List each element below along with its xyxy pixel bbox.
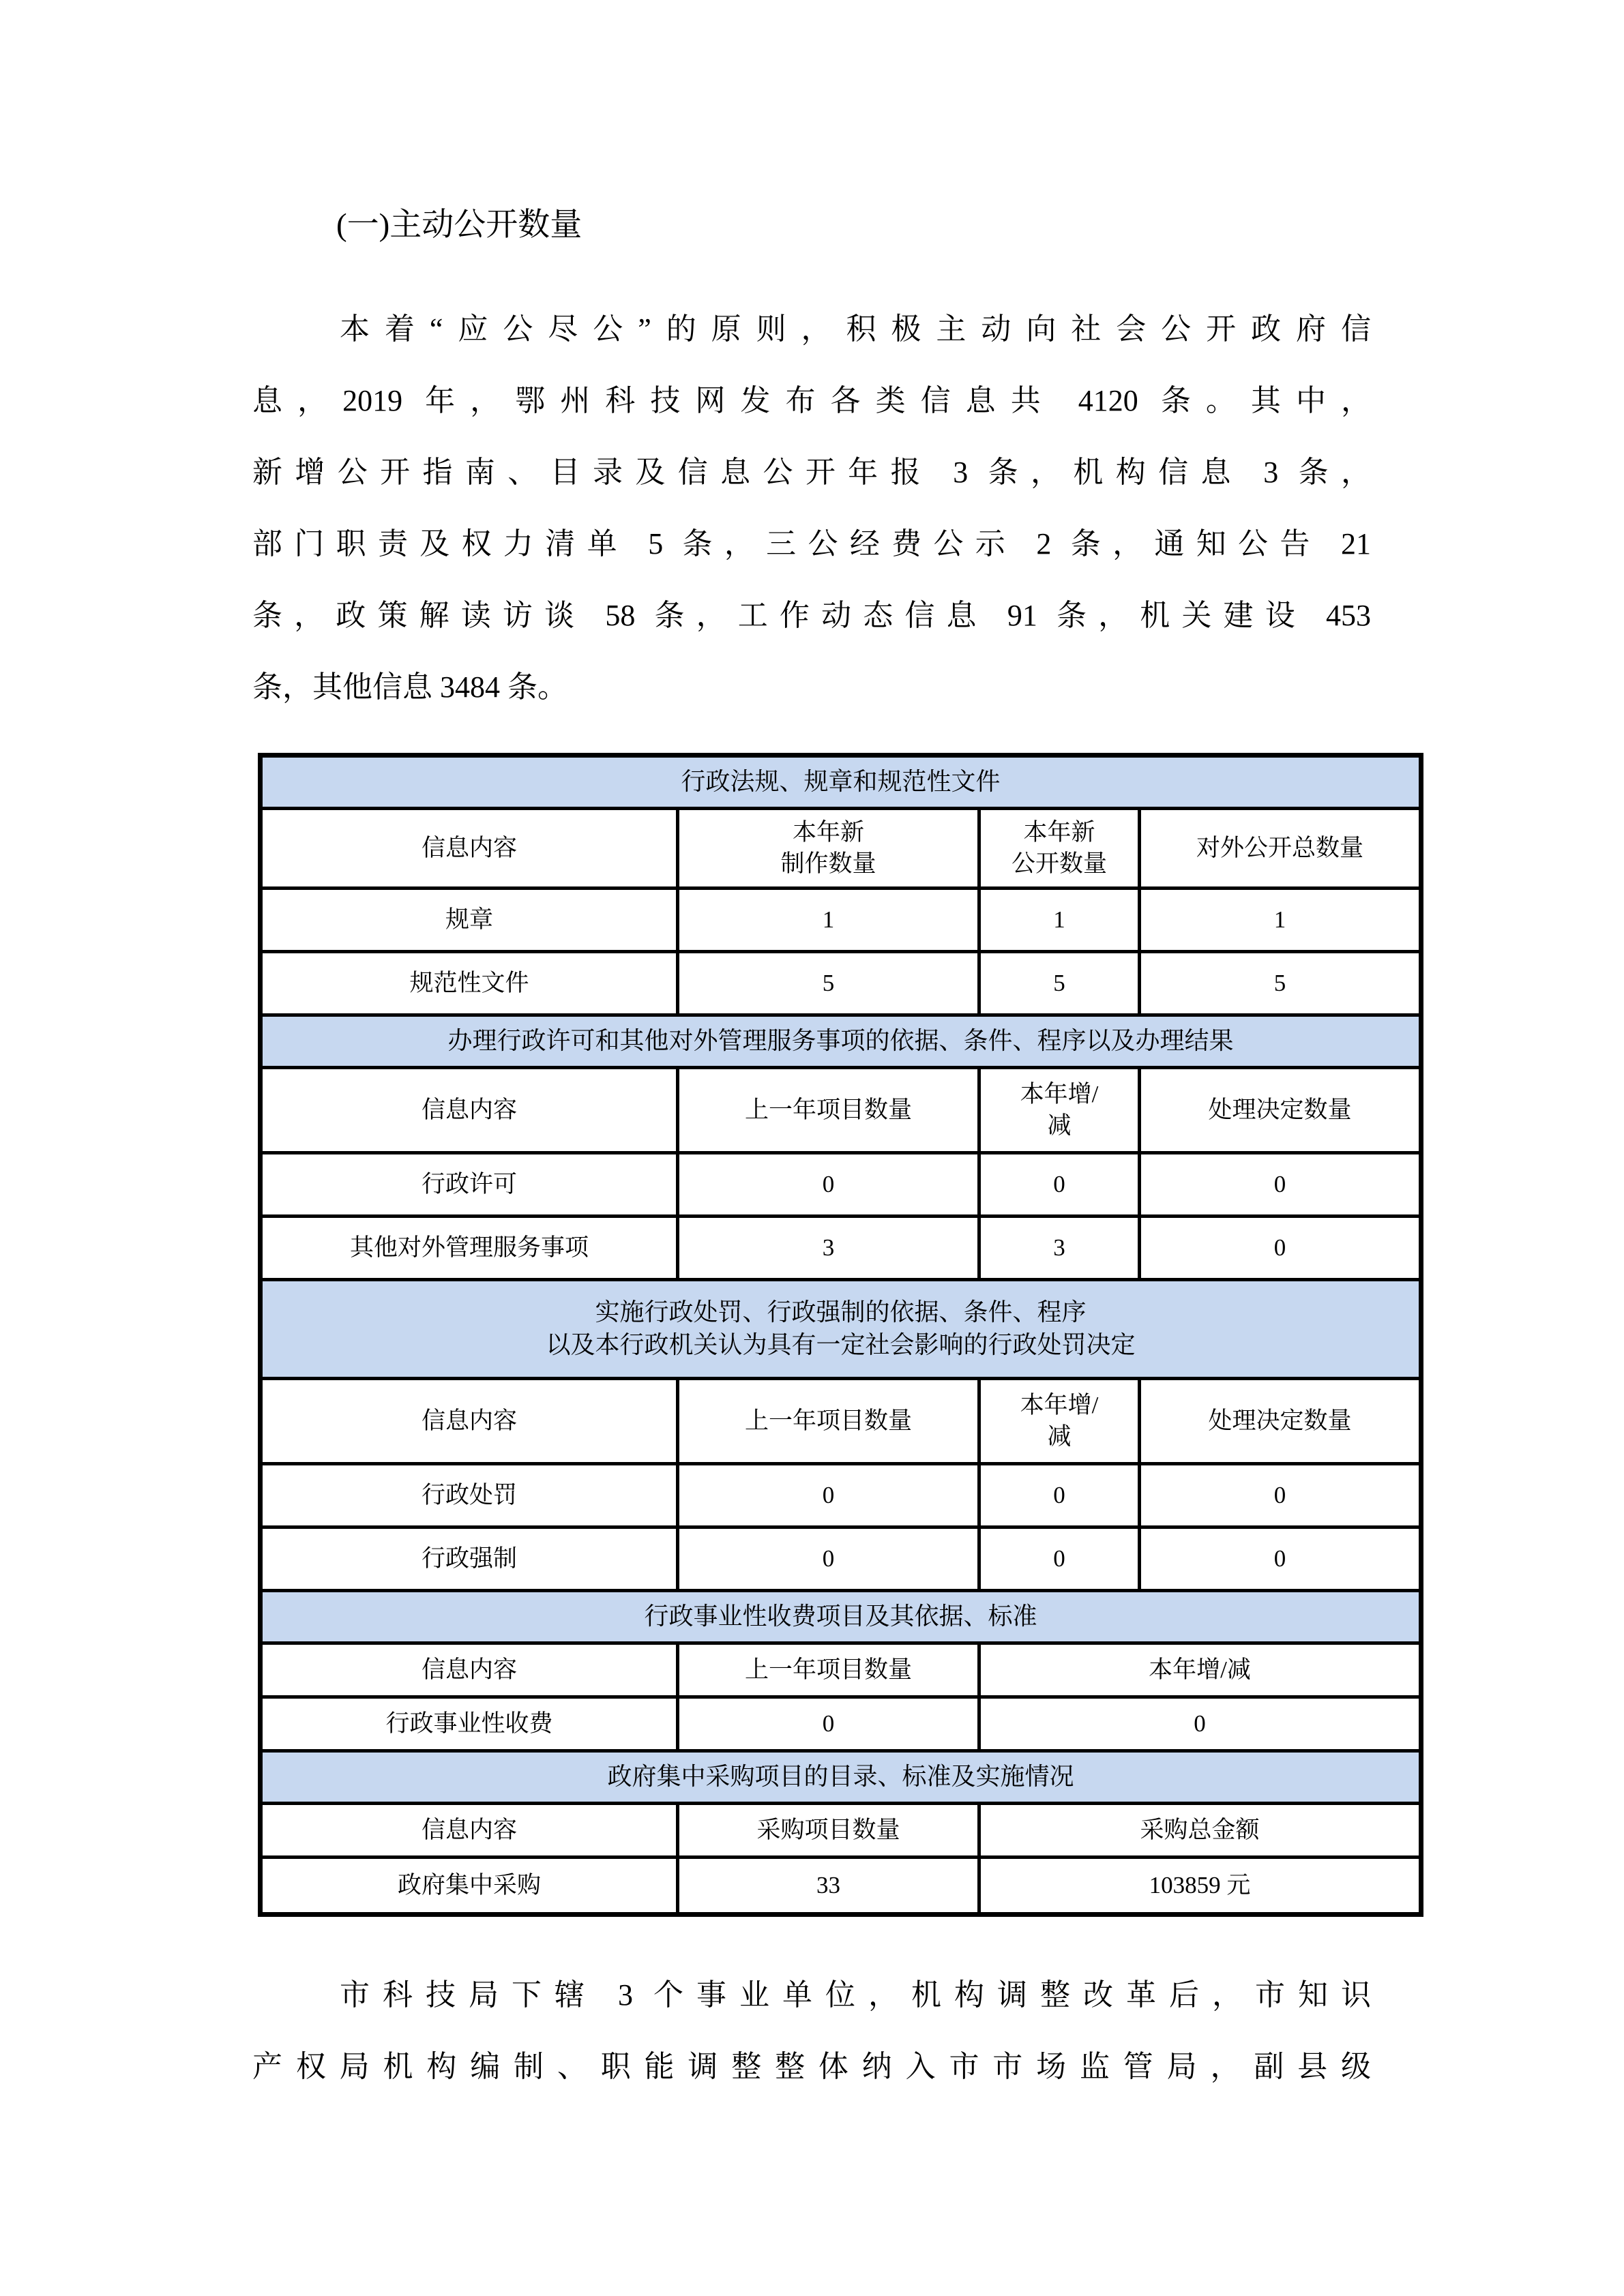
paragraph-1: 本着“应公尽公”的原则，积极主动向社会公开政府信 息，2019 年，鄂州科技网发… [252, 293, 1371, 723]
section3-header-lastyear: 上一年项目数量 [678, 1379, 979, 1464]
section4-title: 行政事业性收费项目及其依据、标准 [261, 1591, 1421, 1643]
section1-title-row: 行政法规、规章和规范性文件 [261, 756, 1421, 809]
section1-header-total-open: 对外公开总数量 [1140, 809, 1421, 889]
paragraph-1-line-3: 新增公开指南、目录及信息公开年报 3 条，机构信息 3 条， [252, 436, 1371, 508]
paragraph-1-line-1: 本着“应公尽公”的原则，积极主动向社会公开政府信 [252, 293, 1371, 365]
section1-header-new-made: 本年新 制作数量 [678, 809, 979, 889]
cell-value: 0 [979, 1464, 1140, 1527]
section1-header-new-open: 本年新 公开数量 [979, 809, 1140, 889]
row-label: 规范性文件 [261, 952, 678, 1015]
section5-header-info: 信息内容 [261, 1804, 678, 1858]
section5-title-row: 政府集中采购项目的目录、标准及实施情况 [261, 1751, 1421, 1804]
cell-value: 0 [678, 1153, 979, 1217]
cell-value: 3 [678, 1217, 979, 1280]
section4-header-row: 信息内容 上一年项目数量 本年增/减 [261, 1643, 1421, 1697]
table-row-admin-license: 行政许可 0 0 0 [261, 1153, 1421, 1217]
section2-title-row: 办理行政许可和其他对外管理服务事项的依据、条件、程序以及办理结果 [261, 1015, 1421, 1068]
section5-header-amount: 采购总金额 [979, 1804, 1421, 1858]
table-row-admin-fees: 行政事业性收费 0 0 [261, 1697, 1421, 1751]
cell-value: 0 [678, 1697, 979, 1751]
cell-value: 0 [1140, 1217, 1421, 1280]
row-label: 行政许可 [261, 1153, 678, 1217]
disclosure-statistics-table: 行政法规、规章和规范性文件 信息内容 本年新 制作数量 本年新 公开数量 对外公… [258, 753, 1423, 1917]
paragraph-1-line-2: 息，2019 年，鄂州科技网发布各类信息共 4120 条。其中， [252, 365, 1371, 436]
document-page: (一)主动公开数量 本着“应公尽公”的原则，积极主动向社会公开政府信 息，201… [0, 0, 1624, 2296]
section1-header-row: 信息内容 本年新 制作数量 本年新 公开数量 对外公开总数量 [261, 809, 1421, 889]
section4-header-info: 信息内容 [261, 1643, 678, 1697]
cell-value: 5 [979, 952, 1140, 1015]
section4-header-lastyear: 上一年项目数量 [678, 1643, 979, 1697]
section5-header-count: 采购项目数量 [678, 1804, 979, 1858]
cell-value: 103859 元 [979, 1858, 1421, 1915]
paragraph-2: 市科技局下辖 3 个事业单位，机构调整改革后，市知识 产权局机构编制、职能调整整… [252, 1959, 1371, 2102]
table-row-admin-penalty: 行政处罚 0 0 0 [261, 1464, 1421, 1527]
cell-value: 3 [979, 1217, 1140, 1280]
cell-value: 5 [1140, 952, 1421, 1015]
row-label: 行政事业性收费 [261, 1697, 678, 1751]
row-label: 行政处罚 [261, 1464, 678, 1527]
cell-value: 0 [979, 1153, 1140, 1217]
section2-header-change: 本年增/ 减 [979, 1068, 1140, 1153]
section5-title: 政府集中采购项目的目录、标准及实施情况 [261, 1751, 1421, 1804]
document-content: (一)主动公开数量 本着“应公尽公”的原则，积极主动向社会公开政府信 息，201… [252, 191, 1371, 2102]
paragraph-1-line-4: 部门职责及权力清单 5 条，三公经费公示 2 条，通知公告 21 [252, 508, 1371, 580]
section2-header-lastyear: 上一年项目数量 [678, 1068, 979, 1153]
section3-header-change: 本年增/ 减 [979, 1379, 1140, 1464]
paragraph-2-line-1: 市科技局下辖 3 个事业单位，机构调整改革后，市知识 [252, 1959, 1371, 2031]
cell-value: 33 [678, 1858, 979, 1915]
section3-header-info: 信息内容 [261, 1379, 678, 1464]
section4-title-row: 行政事业性收费项目及其依据、标准 [261, 1591, 1421, 1643]
section1-header-info: 信息内容 [261, 809, 678, 889]
row-label: 规章 [261, 889, 678, 952]
section3-title-row: 实施行政处罚、行政强制的依据、条件、程序 以及本行政机关认为具有一定社会影响的行… [261, 1280, 1421, 1379]
table-row-admin-coercion: 行政强制 0 0 0 [261, 1527, 1421, 1591]
section5-header-row: 信息内容 采购项目数量 采购总金额 [261, 1804, 1421, 1858]
cell-value: 0 [678, 1527, 979, 1591]
cell-value: 0 [1140, 1464, 1421, 1527]
table-row-other-services: 其他对外管理服务事项 3 3 0 [261, 1217, 1421, 1280]
section2-header-row: 信息内容 上一年项目数量 本年增/ 减 处理决定数量 [261, 1068, 1421, 1153]
row-label: 行政强制 [261, 1527, 678, 1591]
cell-value: 1 [1140, 889, 1421, 952]
cell-value: 0 [1140, 1527, 1421, 1591]
paragraph-2-line-2: 产权局机构编制、职能调整整体纳入市市场监管局，副县级 [252, 2031, 1371, 2102]
cell-value: 0 [678, 1464, 979, 1527]
table-row-regulations: 规章 1 1 1 [261, 889, 1421, 952]
cell-value: 1 [979, 889, 1140, 952]
cell-value: 0 [1140, 1153, 1421, 1217]
section1-title: 行政法规、规章和规范性文件 [261, 756, 1421, 809]
section3-header-decisions: 处理决定数量 [1140, 1379, 1421, 1464]
section2-header-info: 信息内容 [261, 1068, 678, 1153]
paragraph-1-line-5: 条，政策解读访谈 58 条，工作动态信息 91 条，机关建设 453 [252, 580, 1371, 651]
section2-header-decisions: 处理决定数量 [1140, 1068, 1421, 1153]
section-heading: (一)主动公开数量 [252, 191, 1371, 259]
section4-header-change: 本年增/减 [979, 1643, 1421, 1697]
cell-value: 0 [979, 1697, 1421, 1751]
table-row-gov-procurement: 政府集中采购 33 103859 元 [261, 1858, 1421, 1915]
cell-value: 5 [678, 952, 979, 1015]
row-label: 政府集中采购 [261, 1858, 678, 1915]
table-row-normative-docs: 规范性文件 5 5 5 [261, 952, 1421, 1015]
row-label: 其他对外管理服务事项 [261, 1217, 678, 1280]
section2-title: 办理行政许可和其他对外管理服务事项的依据、条件、程序以及办理结果 [261, 1015, 1421, 1068]
cell-value: 1 [678, 889, 979, 952]
cell-value: 0 [979, 1527, 1140, 1591]
section3-header-row: 信息内容 上一年项目数量 本年增/ 减 处理决定数量 [261, 1379, 1421, 1464]
paragraph-1-line-6: 条，其他信息 3484 条。 [252, 651, 1371, 723]
section3-title: 实施行政处罚、行政强制的依据、条件、程序 以及本行政机关认为具有一定社会影响的行… [261, 1280, 1421, 1379]
